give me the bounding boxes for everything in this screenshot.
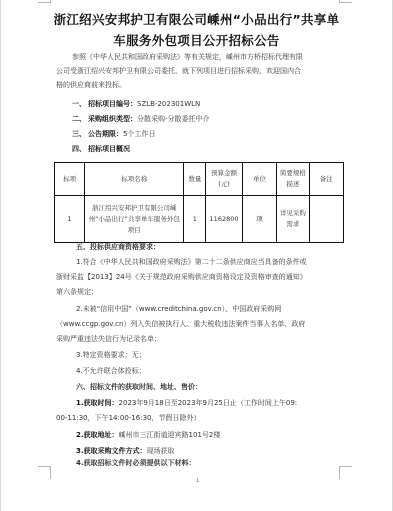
intro-line1: 参照《中华人民共和国政府采购法》等有关规定，嵊州市方桥招标代理有限 [72, 52, 303, 62]
section-2-label: 采购组织类型： [88, 115, 137, 123]
section-2-number: 二、 [72, 114, 88, 124]
section-3-label: 公告期限： [88, 130, 123, 138]
document-title-line2: 车服务外包项目公开招标公告 [40, 31, 353, 49]
method-value: 现场获取 [147, 447, 175, 455]
header-remark: 备注 [309, 163, 343, 196]
header-quantity: 数量 [184, 163, 206, 196]
cell-lot: 1 [55, 196, 85, 243]
time-value-line1: 2023年9月18日至2023年9月25日止（工作时间上午09: [119, 399, 298, 407]
section-5-item1-line3: 第六条规定； [56, 287, 98, 297]
section-4-label: 招标项目概况 [88, 145, 130, 153]
intro-line2: 公司受浙江绍兴安邦护卫有限公司委托，就下列项目进行招标采购，欢迎国内合 [56, 66, 301, 76]
section-4: 四、招标项目概况 [72, 144, 130, 154]
section-6-address: 2.获取地址：嵊州市三江街道迎宾路101号2楼 [76, 430, 220, 440]
document-title-line1: 浙江绍兴安邦护卫有限公司嵊州“小品出行”共享单 [40, 10, 353, 28]
section-1: 一、招标项目编号：SZLB-202301WLN [72, 99, 200, 109]
header-lot: 标项 [55, 163, 85, 196]
cell-spec: 详见采购需求 [277, 196, 309, 243]
header-lot-name: 标项名称 [85, 163, 184, 196]
section-5-item2-line3: 采购严重违法失信行为记录名单； [56, 334, 161, 344]
section-6-heading: 六、招标文件的获取时间、地址、售价： [76, 382, 202, 392]
section-6-time-line2: 00-11:30，下午14:00-16:30，节假日除外） [56, 413, 200, 423]
crop-mark-bottom-left [38, 466, 51, 479]
cell-unit: 项 [242, 196, 276, 243]
section-5-heading: 五、投标供应商资格要求： [76, 242, 160, 252]
section-4-number: 四、 [72, 144, 88, 154]
section-6-method: 3.获取采购文件方式：现场获取 [76, 446, 175, 456]
crop-mark-top-right [339, 0, 352, 3]
crop-mark-top-left [38, 0, 51, 3]
cell-remark [309, 196, 343, 243]
project-overview-table: 标项 标项名称 数量 预算金额(元) 单位 简要规格描述 备注 1 浙江绍兴安邦… [54, 162, 344, 243]
header-budget: 预算金额(元) [206, 163, 243, 196]
section-5-item2-line1: 2.未被“信用中国”（www.creditchina.gov.cn）、中国政府采… [76, 304, 281, 314]
address-value: 嵊州市三江街道迎宾路101号2楼 [119, 431, 221, 439]
time-label: 1.获取时间： [76, 399, 119, 407]
section-1-value: SZLB-202301WLN [137, 100, 200, 108]
section-2: 二、采购组织类型：分散采购-分散委托中介 [72, 114, 210, 124]
intro-line3: 格的供应商前来投标。 [56, 80, 126, 90]
section-1-label: 招标项目编号： [88, 100, 137, 108]
table-row: 1 浙江绍兴安邦护卫有限公司嵊州“小品出行”共享单车服务外包项目 1 11628… [55, 196, 344, 243]
section-3-value: 5个工作日 [123, 130, 155, 138]
section-1-number: 一、 [72, 99, 88, 109]
table-header-row: 标项 标项名称 数量 预算金额(元) 单位 简要规格描述 备注 [55, 163, 344, 196]
address-label: 2.获取地址： [76, 431, 119, 439]
section-2-value: 分散采购-分散委托中介 [137, 115, 210, 123]
section-3-number: 三、 [72, 129, 88, 139]
section-5-item4: 4.不允许联合体投标； [76, 366, 146, 376]
section-5-item3: 3.特定资格要求：无； [76, 350, 146, 360]
header-unit: 单位 [242, 163, 276, 196]
cell-lot-name: 浙江绍兴安邦护卫有限公司嵊州“小品出行”共享单车服务外包项目 [85, 196, 184, 243]
page-edge-left [0, 0, 1, 511]
section-6-time: 1.获取时间：2023年9月18日至2023年9月25日止（工作时间上午09: [76, 398, 297, 408]
cell-quantity: 1 [184, 196, 206, 243]
section-6-materials: 4.获取招标文件时必须提供以下材料： [76, 458, 196, 468]
crop-mark-bottom-right [339, 466, 352, 479]
method-label: 3.获取采购文件方式： [76, 447, 147, 455]
page-number: 1 [196, 478, 199, 484]
section-5-item1-line2: 浙财采监【2013】24号《关于规范政府采购供应商资格设定及资格审查的通知》 [56, 272, 307, 282]
section-5-item1-line1: 1.符合《中华人民共和国政府采购法》第二十二条供应商应当具备的条件或 [76, 257, 307, 267]
cell-budget: 1162800 [206, 196, 243, 243]
section-5-item2-line2: （www.ccgp.gov.cn）列入失信被执行人、重大税收违法案件当事人名单、… [56, 319, 305, 329]
header-spec: 简要规格描述 [277, 163, 309, 196]
section-3: 三、公告期限：5个工作日 [72, 129, 155, 139]
